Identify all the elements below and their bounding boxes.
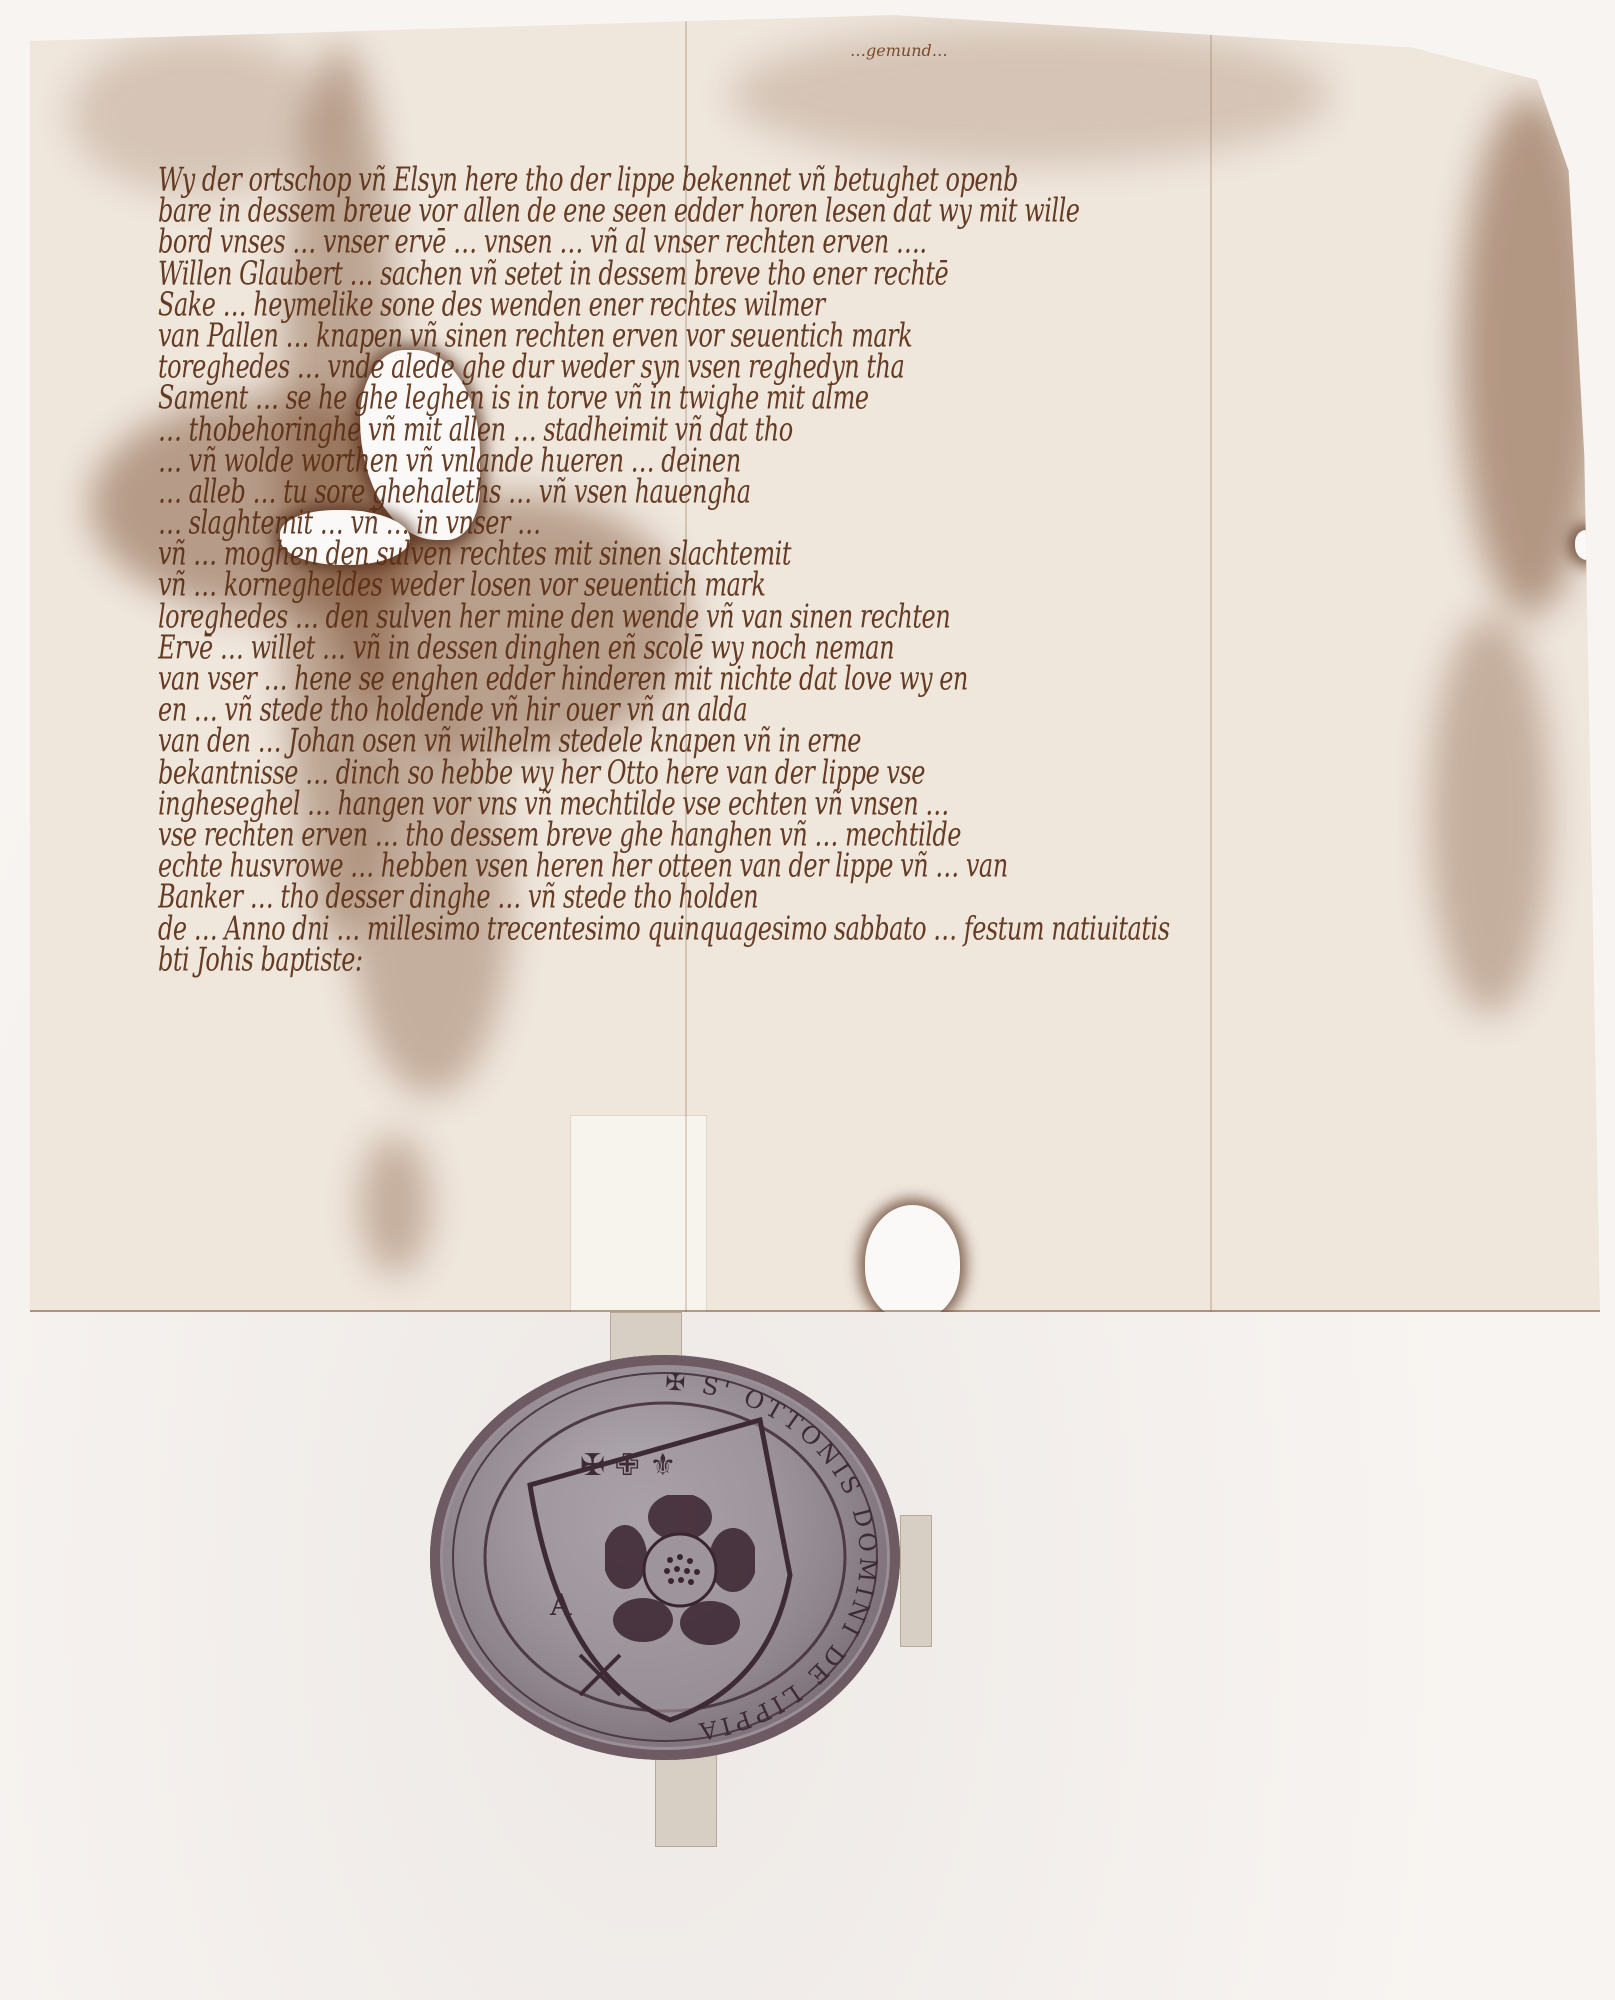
seal-tag-right	[900, 1515, 932, 1647]
turned-up-fold	[30, 1310, 1600, 1312]
water-stain	[360, 1135, 430, 1275]
charter-text: Wy der ortschop vñ Elsyn here tho der li…	[158, 165, 1488, 976]
svg-text:A: A	[549, 1588, 572, 1623]
header-annotation: …gemund…	[850, 41, 948, 60]
svg-text:✠ ✙ ⚜: ✠ ✙ ⚜	[580, 1448, 676, 1483]
parchment-hole	[865, 1205, 960, 1312]
rose-icon	[605, 1495, 755, 1645]
charter-parchment: …gemund… 33 Wy der ortschop vñ Elsyn her…	[30, 15, 1600, 1312]
water-stain	[730, 25, 1330, 165]
wax-seal: ✠ S' OTTONIS DOMINI DE LIPPIA ✠ ✙ ⚜ A	[430, 1355, 900, 1760]
text-line: bti Johis baptiste:	[158, 939, 1488, 981]
